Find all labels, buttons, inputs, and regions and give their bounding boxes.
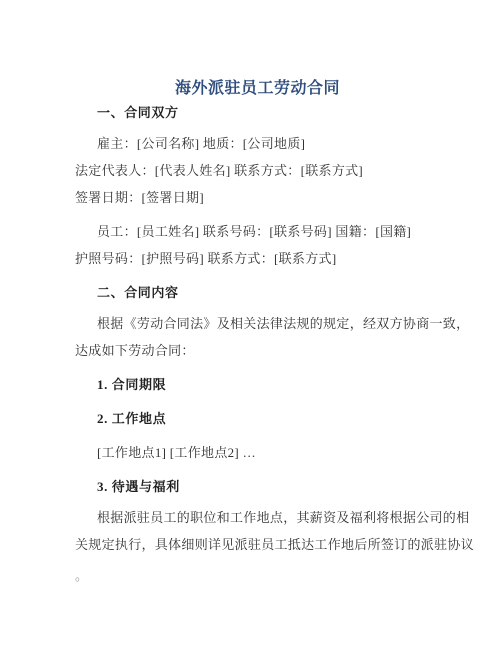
contract-intro-line-1: 根据《劳动合同法》及相关法律法规的规定，经双方协商一致， (75, 315, 440, 333)
clause-3-body-line-2: 关规定执行，具体细则详见派驻员工抵达工作地后所签订的派驻协议 (75, 536, 440, 554)
employee-info-line-1: 员工：[员工姓名] 联系号码：[联系号码] 国籍：[国籍] (75, 223, 440, 241)
employee-info-line-2: 护照号码：[护照号码] 联系方式：[联系方式] (75, 250, 440, 268)
document-title: 海外派驻员工劳动合同 (75, 78, 440, 100)
employer-signing-date-line: 签署日期：[签署日期] (75, 189, 440, 207)
clause-3-body-line-3: 。 (75, 567, 440, 585)
clause-3-heading: 3. 待遇与福利 (75, 478, 440, 496)
section-1-heading: 一、合同双方 (75, 104, 440, 122)
employer-info-line-2: 法定代表人：[代表人姓名] 联系方式：[联系方式] (75, 162, 440, 180)
clause-2-body: [工作地点1] [工作地点2] … (75, 444, 440, 462)
section-2-heading: 二、合同内容 (75, 284, 440, 302)
clause-2-heading: 2. 工作地点 (75, 410, 440, 428)
employer-info-line-1: 雇主：[公司名称] 地质：[公司地质] (75, 135, 440, 153)
contract-intro-line-2: 达成如下劳动合同： (75, 342, 440, 360)
clause-3-body-line-1: 根据派驻员工的职位和工作地点，其薪资及福利将根据公司的相 (75, 509, 440, 527)
contract-document-page: 海外派驻员工劳动合同 一、合同双方 雇主：[公司名称] 地质：[公司地质] 法定… (0, 0, 500, 647)
clause-1-heading: 1. 合同期限 (75, 376, 440, 394)
